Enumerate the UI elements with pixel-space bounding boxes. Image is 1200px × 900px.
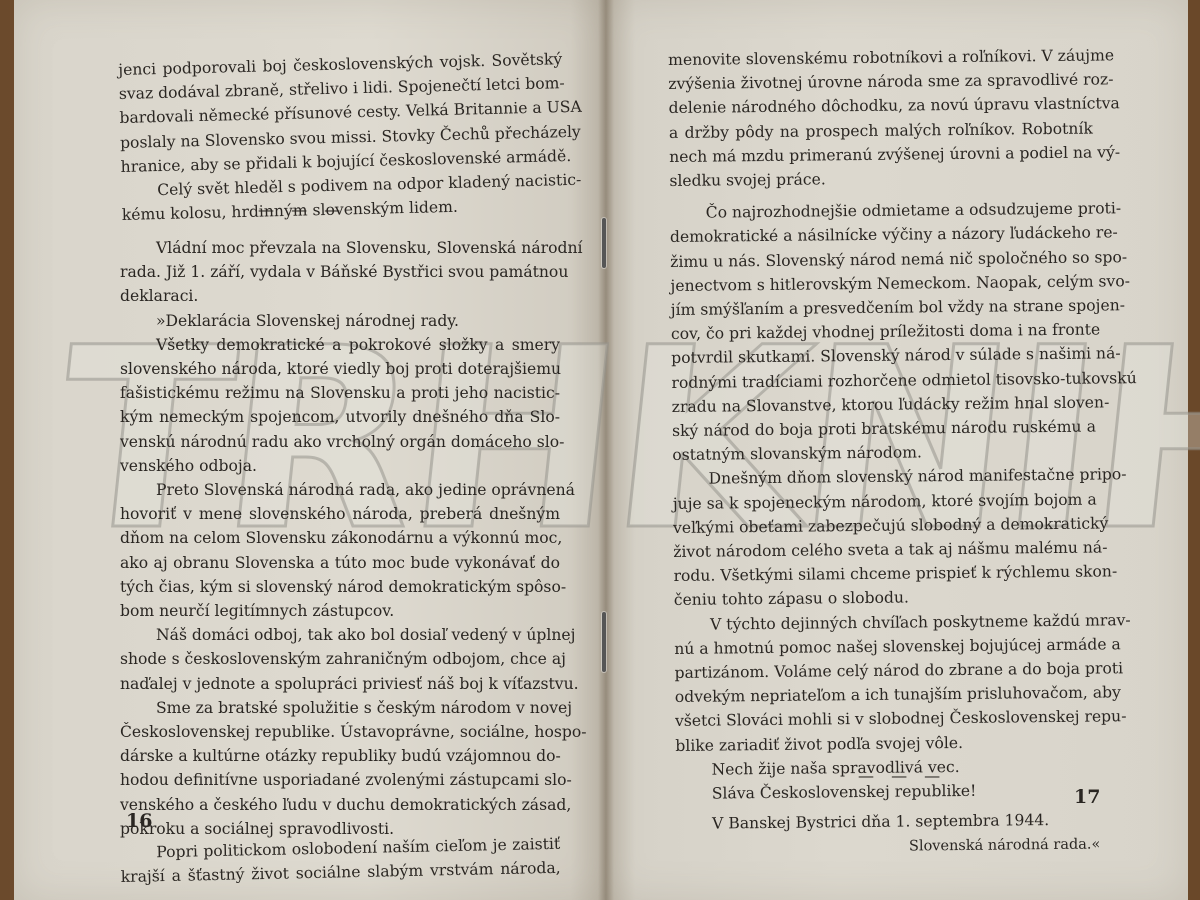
paragraph: Dnešným dňom slovenský národ manifestačn… <box>672 463 1097 613</box>
book-gutter <box>598 0 614 900</box>
paragraph: Čo najrozhodnejšie odmietame a odsudzuje… <box>670 197 1097 468</box>
paragraph: V týchto dejinných chvíľach poskytneme k… <box>674 608 1099 758</box>
paragraph: Vládní moc převzala na Slovensku, Sloven… <box>120 236 560 309</box>
section-divider: — — — <box>858 766 946 785</box>
declaration-title: »Deklarácia Slovenskej národnej rady. <box>120 309 560 333</box>
book-spread: TRHKNIH jenci podporovali boj českoslove… <box>0 0 1200 900</box>
left-page-main-text: Vládní moc převzala na Slovensku, Sloven… <box>120 236 560 889</box>
paragraph: Popri politickom oslobodení naším cieľom… <box>120 832 561 890</box>
page-number-right: 17 <box>1074 786 1100 808</box>
place-date: V Banskej Bystrici dňa 1. septembra 1944… <box>676 808 1100 837</box>
paragraph: menovite slovenskému robotníkovi a roľní… <box>668 44 1093 194</box>
staple-bottom <box>602 612 606 672</box>
paragraph: jenci podporovali boj československých v… <box>118 47 565 179</box>
right-page-main-text: menovite slovenskému robotníkovi a roľní… <box>668 44 1100 861</box>
paragraph: Všetky demokratické a pokrokové složky a… <box>120 333 560 478</box>
section-divider: — — — <box>258 200 346 219</box>
paragraph: Náš domáci odboj, tak ako bol dosiaľ ved… <box>120 623 560 696</box>
staple-top <box>602 218 606 268</box>
page-number-left: 16 <box>126 810 152 832</box>
paragraph: Preto Slovenská národná rada, ako jedine… <box>120 478 560 623</box>
signature: Slovenská národná rada.« <box>676 832 1100 861</box>
paragraph: Sme za bratské spolužitie s českým národ… <box>120 696 560 841</box>
